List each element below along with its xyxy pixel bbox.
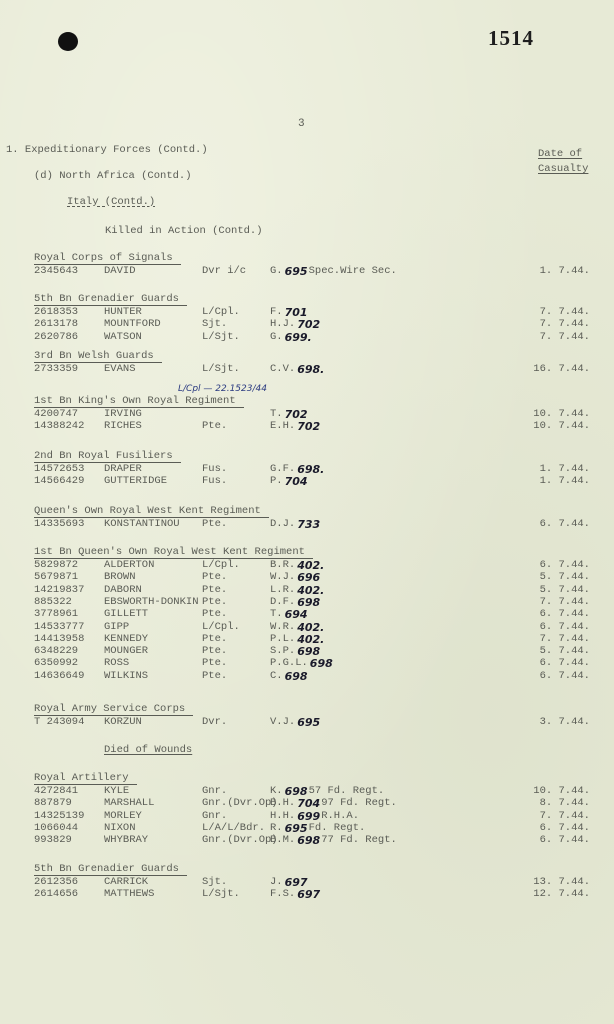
initials: H.J. bbox=[270, 318, 295, 330]
surname: CARRICK bbox=[104, 876, 148, 888]
initials: D.J. bbox=[270, 518, 295, 530]
rank: Fus. bbox=[202, 475, 227, 487]
casualty-row: 2614656MATTHEWSL/Sjt.F.S.69712. 7.44. bbox=[0, 888, 614, 900]
service-number: 2618353 bbox=[34, 306, 78, 318]
document-page: 1514 3 1. Expeditionary Forces (Contd.) … bbox=[0, 0, 614, 1024]
casualty-row: 2612356CARRICKSjt.J.69713. 7.44. bbox=[0, 876, 614, 888]
theatre-heading: Italy (Contd.) bbox=[67, 196, 155, 208]
casualty-row: 14325139MORLEYGnr.H.H.699R.H.A.7. 7.44. bbox=[0, 810, 614, 822]
rank: Fus. bbox=[202, 463, 227, 475]
initials: G. bbox=[270, 331, 283, 343]
surname: DRAPER bbox=[104, 463, 142, 475]
service-number: 2612356 bbox=[34, 876, 78, 888]
handwritten-code: 698. bbox=[297, 363, 324, 376]
service-number: 4272841 bbox=[34, 785, 78, 797]
category-heading: Killed in Action (Contd.) bbox=[105, 225, 263, 237]
surname: GILLETT bbox=[104, 608, 148, 620]
handwritten-code: 402. bbox=[297, 621, 324, 634]
casualty-date: 10. 7.44. bbox=[530, 420, 590, 432]
handwritten-code: 695 bbox=[297, 716, 320, 729]
casualty-date: 12. 7.44. bbox=[530, 888, 590, 900]
casualty-row: 14388242RICHESPte.E.H.70210. 7.44. bbox=[0, 420, 614, 432]
handwritten-code: 697 bbox=[285, 876, 308, 889]
initials: R. bbox=[270, 822, 283, 834]
surname: MATTHEWS bbox=[104, 888, 154, 900]
casualty-row: 2618353HUNTERL/Cpl.F.7017. 7.44. bbox=[0, 306, 614, 318]
rank: L/Cpl. bbox=[202, 621, 240, 633]
rank: Dvr. bbox=[202, 716, 227, 728]
rank: Gnr. bbox=[202, 810, 227, 822]
handwritten-code: 733 bbox=[297, 518, 320, 531]
rank: Pte. bbox=[202, 645, 227, 657]
rank: Sjt. bbox=[202, 318, 227, 330]
service-number: 3778961 bbox=[34, 608, 78, 620]
initials: B.R. bbox=[270, 559, 295, 571]
rank: L/Sjt. bbox=[202, 888, 240, 900]
surname: NIXON bbox=[104, 822, 136, 834]
service-number: 14533777 bbox=[34, 621, 84, 633]
service-number: 14566429 bbox=[34, 475, 84, 487]
surname: BROWN bbox=[104, 571, 136, 583]
casualty-date: 8. 7.44. bbox=[530, 797, 590, 809]
surname: EVANS bbox=[104, 363, 136, 375]
casualty-date: 6. 7.44. bbox=[530, 834, 590, 846]
handwritten-code: 704 bbox=[297, 797, 320, 810]
handwritten-code: 699 bbox=[297, 810, 320, 823]
handwritten-code: 698 bbox=[297, 645, 320, 658]
rank: Pte. bbox=[202, 670, 227, 682]
casualty-row: 14335693KONSTANTINOUPte.D.J.7336. 7.44. bbox=[0, 518, 614, 530]
initials: L.R. bbox=[270, 584, 295, 596]
casualty-date: 6. 7.44. bbox=[530, 559, 590, 571]
service-number: 5679871 bbox=[34, 571, 78, 583]
surname: IRVING bbox=[104, 408, 142, 420]
rank: L/Cpl. bbox=[202, 559, 240, 571]
handwritten-code: 696 bbox=[297, 571, 320, 584]
initials: C.V. bbox=[270, 363, 295, 375]
service-number: 6350992 bbox=[34, 657, 78, 669]
casualty-row: 14636649WILKINSPte.C.6986. 7.44. bbox=[0, 670, 614, 682]
unit-heading: Royal Artillery bbox=[34, 772, 137, 785]
unit-heading: Royal Army Service Corps bbox=[34, 703, 193, 716]
handwritten-code: 701 bbox=[285, 306, 308, 319]
handwritten-code: 698 bbox=[285, 785, 308, 798]
rank: Pte. bbox=[202, 518, 227, 530]
casualty-date: 3. 7.44. bbox=[530, 716, 590, 728]
surname: MOUNTFORD bbox=[104, 318, 161, 330]
unit-detail: Spec.Wire Sec. bbox=[309, 265, 397, 277]
handwritten-code: 698 bbox=[297, 834, 320, 847]
initials: F. bbox=[270, 306, 283, 318]
handwritten-code: 704 bbox=[285, 475, 308, 488]
handwritten-code: 695 bbox=[285, 822, 308, 835]
unit-heading: 1st Bn King's Own Royal Regiment bbox=[34, 395, 244, 408]
surname: WHYBRAY bbox=[104, 834, 148, 846]
surname: GIPP bbox=[104, 621, 129, 633]
initials: W.R. bbox=[270, 621, 295, 633]
initials: D.F. bbox=[270, 596, 295, 608]
surname: ROSS bbox=[104, 657, 129, 669]
folio-number: 1514 bbox=[488, 26, 534, 51]
surname: KONSTANTINOU bbox=[104, 518, 180, 530]
service-number: 4200747 bbox=[34, 408, 78, 420]
rank: Dvr i/c bbox=[202, 265, 246, 277]
service-number: 14325139 bbox=[34, 810, 84, 822]
unit-heading: Queen's Own Royal West Kent Regiment bbox=[34, 505, 269, 518]
surname: HUNTER bbox=[104, 306, 142, 318]
casualty-row: 993829WHYBRAYGnr.(Dvr.Op)B.M.69877 Fd. R… bbox=[0, 834, 614, 846]
initials: F.S. bbox=[270, 888, 295, 900]
casualty-row: 14219837DABORNPte.L.R.402.5. 7.44. bbox=[0, 584, 614, 596]
casualty-date: 6. 7.44. bbox=[530, 670, 590, 682]
casualty-row: 6350992ROSSPte.P.G.L.6986. 7.44. bbox=[0, 657, 614, 669]
casualty-row: 1066044NIXONL/A/L/Bdr.R.695Fd. Regt.6. 7… bbox=[0, 822, 614, 834]
service-number: 14572653 bbox=[34, 463, 84, 475]
casualty-row: 4200747IRVINGT.70210. 7.44. bbox=[0, 408, 614, 420]
rank: L/A/L/Bdr. bbox=[202, 822, 265, 834]
unit-heading: 1st Bn Queen's Own Royal West Kent Regim… bbox=[34, 546, 313, 559]
handwritten-code: 698. bbox=[297, 463, 324, 476]
casualty-row: 5829872ALDERTONL/Cpl.B.R.402.6. 7.44. bbox=[0, 559, 614, 571]
initials: K. bbox=[270, 785, 283, 797]
rank: L/Sjt. bbox=[202, 363, 240, 375]
subsection-heading: (d) North Africa (Contd.) bbox=[34, 170, 192, 182]
surname: ALDERTON bbox=[104, 559, 154, 571]
casualty-row: 3778961GILLETTPte.T.6946. 7.44. bbox=[0, 608, 614, 620]
initials: P.G.L. bbox=[270, 657, 308, 669]
service-number: 2614656 bbox=[34, 888, 78, 900]
initials: P. bbox=[270, 475, 283, 487]
date-column-header: Date of Casualty bbox=[538, 147, 588, 177]
casualty-date: 5. 7.44. bbox=[530, 571, 590, 583]
unit-heading: 3rd Bn Welsh Guards bbox=[34, 350, 162, 363]
casualty-date: 7. 7.44. bbox=[530, 306, 590, 318]
rank: Pte. bbox=[202, 596, 227, 608]
initials: T. bbox=[270, 408, 283, 420]
rank: Pte. bbox=[202, 633, 227, 645]
rank: Gnr. bbox=[202, 785, 227, 797]
casualty-date: 13. 7.44. bbox=[530, 876, 590, 888]
casualty-row: 2733359EVANSL/Sjt.C.V.698.16. 7.44. bbox=[0, 363, 614, 375]
surname: WILKINS bbox=[104, 670, 148, 682]
service-number: T 243094 bbox=[34, 716, 84, 728]
handwritten-code: 702 bbox=[285, 408, 308, 421]
unit-heading: Royal Corps of Signals bbox=[34, 252, 181, 265]
casualty-row: 14572653DRAPERFus.G.F.698.1. 7.44. bbox=[0, 463, 614, 475]
casualty-row: 14413958KENNEDYPte.P.L.402.7. 7.44. bbox=[0, 633, 614, 645]
service-number: 2613178 bbox=[34, 318, 78, 330]
unit-heading: 2nd Bn Royal Fusiliers bbox=[34, 450, 181, 463]
handwritten-code: 698 bbox=[297, 596, 320, 609]
rank: L/Cpl. bbox=[202, 306, 240, 318]
punch-hole bbox=[58, 32, 78, 51]
casualty-date: 1. 7.44. bbox=[530, 463, 590, 475]
surname: KORZUN bbox=[104, 716, 142, 728]
service-number: 14335693 bbox=[34, 518, 84, 530]
casualty-date: 6. 7.44. bbox=[530, 621, 590, 633]
unit-detail: 97 Fd. Regt. bbox=[321, 797, 397, 809]
initials: P.L. bbox=[270, 633, 295, 645]
handwritten-code: 402. bbox=[297, 559, 324, 572]
surname: KYLE bbox=[104, 785, 129, 797]
initials: E.H. bbox=[270, 420, 295, 432]
casualty-date: 1. 7.44. bbox=[530, 475, 590, 487]
casualty-row: 2613178MOUNTFORDSjt.H.J.7027. 7.44. bbox=[0, 318, 614, 330]
casualty-row: 885322EBSWORTH-DONKINPte.D.F.6987. 7.44. bbox=[0, 596, 614, 608]
casualty-date: 1. 7.44. bbox=[530, 265, 590, 277]
surname: DAVID bbox=[104, 265, 136, 277]
service-number: 887879 bbox=[34, 797, 72, 809]
casualty-row: 6348229MOUNGERPte.S.P.6985. 7.44. bbox=[0, 645, 614, 657]
surname: MORLEY bbox=[104, 810, 142, 822]
handwritten-code: 402. bbox=[297, 584, 324, 597]
service-number: 14413958 bbox=[34, 633, 84, 645]
casualty-date: 6. 7.44. bbox=[530, 822, 590, 834]
handwritten-code: 697 bbox=[297, 888, 320, 901]
handwritten-code: 702 bbox=[297, 420, 320, 433]
handwritten-code: 694 bbox=[285, 608, 308, 621]
casualty-row: T 243094KORZUNDvr.V.J.6953. 7.44. bbox=[0, 716, 614, 728]
initials: B.H. bbox=[270, 797, 295, 809]
service-number: 1066044 bbox=[34, 822, 78, 834]
initials: J. bbox=[270, 876, 283, 888]
rank: Gnr.(Dvr.Op) bbox=[202, 834, 278, 846]
casualty-date: 7. 7.44. bbox=[530, 810, 590, 822]
service-number: 14219837 bbox=[34, 584, 84, 596]
service-number: 14636649 bbox=[34, 670, 84, 682]
casualty-row: 4272841KYLEGnr.K.69857 Fd. Regt.10. 7.44… bbox=[0, 785, 614, 797]
unit-heading: 5th Bn Grenadier Guards bbox=[34, 863, 187, 876]
casualty-date: 16. 7.44. bbox=[530, 363, 590, 375]
date-header-line2: Casualty bbox=[538, 162, 588, 177]
service-number: 2733359 bbox=[34, 363, 78, 375]
unit-detail: R.H.A. bbox=[321, 810, 359, 822]
unit-heading: 5th Bn Grenadier Guards bbox=[34, 293, 187, 306]
rank: L/Sjt. bbox=[202, 331, 240, 343]
surname: KENNEDY bbox=[104, 633, 148, 645]
service-number: 885322 bbox=[34, 596, 72, 608]
rank: Sjt. bbox=[202, 876, 227, 888]
died-of-wounds-heading: Died of Wounds bbox=[104, 744, 192, 756]
rank: Pte. bbox=[202, 657, 227, 669]
casualty-date: 6. 7.44. bbox=[530, 608, 590, 620]
casualty-date: 5. 7.44. bbox=[530, 584, 590, 596]
casualty-row: 14566429GUTTERIDGEFus.P.7041. 7.44. bbox=[0, 475, 614, 487]
initials: T. bbox=[270, 608, 283, 620]
unit-detail: 57 Fd. Regt. bbox=[309, 785, 385, 797]
casualty-row: 2345643DAVIDDvr i/cG.695Spec.Wire Sec.1.… bbox=[0, 265, 614, 277]
casualty-date: 7. 7.44. bbox=[530, 318, 590, 330]
surname: EBSWORTH-DONKIN bbox=[104, 596, 199, 608]
surname: MARSHALL bbox=[104, 797, 154, 809]
service-number: 14388242 bbox=[34, 420, 84, 432]
casualty-row: 5679871BROWNPte.W.J.6965. 7.44. bbox=[0, 571, 614, 583]
page-number: 3 bbox=[298, 118, 305, 130]
casualty-date: 10. 7.44. bbox=[530, 408, 590, 420]
rank: Pte. bbox=[202, 571, 227, 583]
initials: H.H. bbox=[270, 810, 295, 822]
initials: S.P. bbox=[270, 645, 295, 657]
casualty-date: 7. 7.44. bbox=[530, 596, 590, 608]
handwritten-code: 695 bbox=[285, 265, 308, 278]
casualty-date: 6. 7.44. bbox=[530, 657, 590, 669]
initials: B.M. bbox=[270, 834, 295, 846]
unit-detail: Fd. Regt. bbox=[309, 822, 366, 834]
casualty-date: 7. 7.44. bbox=[530, 331, 590, 343]
service-number: 6348229 bbox=[34, 645, 78, 657]
casualty-date: 7. 7.44. bbox=[530, 633, 590, 645]
surname: GUTTERIDGE bbox=[104, 475, 167, 487]
rank: Pte. bbox=[202, 584, 227, 596]
casualty-date: 10. 7.44. bbox=[530, 785, 590, 797]
initials: G.F. bbox=[270, 463, 295, 475]
surname: DABORN bbox=[104, 584, 142, 596]
initials: V.J. bbox=[270, 716, 295, 728]
service-number: 2345643 bbox=[34, 265, 78, 277]
service-number: 2620786 bbox=[34, 331, 78, 343]
handwritten-code: 698 bbox=[285, 670, 308, 683]
service-number: 993829 bbox=[34, 834, 72, 846]
casualty-row: 14533777GIPPL/Cpl.W.R.402.6. 7.44. bbox=[0, 621, 614, 633]
rank: Pte. bbox=[202, 420, 227, 432]
service-number: 5829872 bbox=[34, 559, 78, 571]
section-heading: 1. Expeditionary Forces (Contd.) bbox=[6, 144, 208, 156]
handwritten-code: 402. bbox=[297, 633, 324, 646]
handwritten-code: 699. bbox=[285, 331, 312, 344]
surname: RICHES bbox=[104, 420, 142, 432]
initials: C. bbox=[270, 670, 283, 682]
handwritten-code: 698 bbox=[310, 657, 333, 670]
casualty-row: 2620786WATSONL/Sjt.G.699.7. 7.44. bbox=[0, 331, 614, 343]
casualty-row: 887879MARSHALLGnr.(Dvr.Op)B.H.70497 Fd. … bbox=[0, 797, 614, 809]
casualty-date: 6. 7.44. bbox=[530, 518, 590, 530]
handwritten-annotation: L/Cpl — 22.1523/44 bbox=[178, 384, 267, 394]
casualty-date: 5. 7.44. bbox=[530, 645, 590, 657]
initials: G. bbox=[270, 265, 283, 277]
rank: Pte. bbox=[202, 608, 227, 620]
surname: MOUNGER bbox=[104, 645, 148, 657]
date-header-line1: Date of bbox=[538, 147, 588, 162]
rank: Gnr.(Dvr.Op) bbox=[202, 797, 278, 809]
initials: W.J. bbox=[270, 571, 295, 583]
handwritten-code: 702 bbox=[297, 318, 320, 331]
surname: WATSON bbox=[104, 331, 142, 343]
unit-detail: 77 Fd. Regt. bbox=[321, 834, 397, 846]
